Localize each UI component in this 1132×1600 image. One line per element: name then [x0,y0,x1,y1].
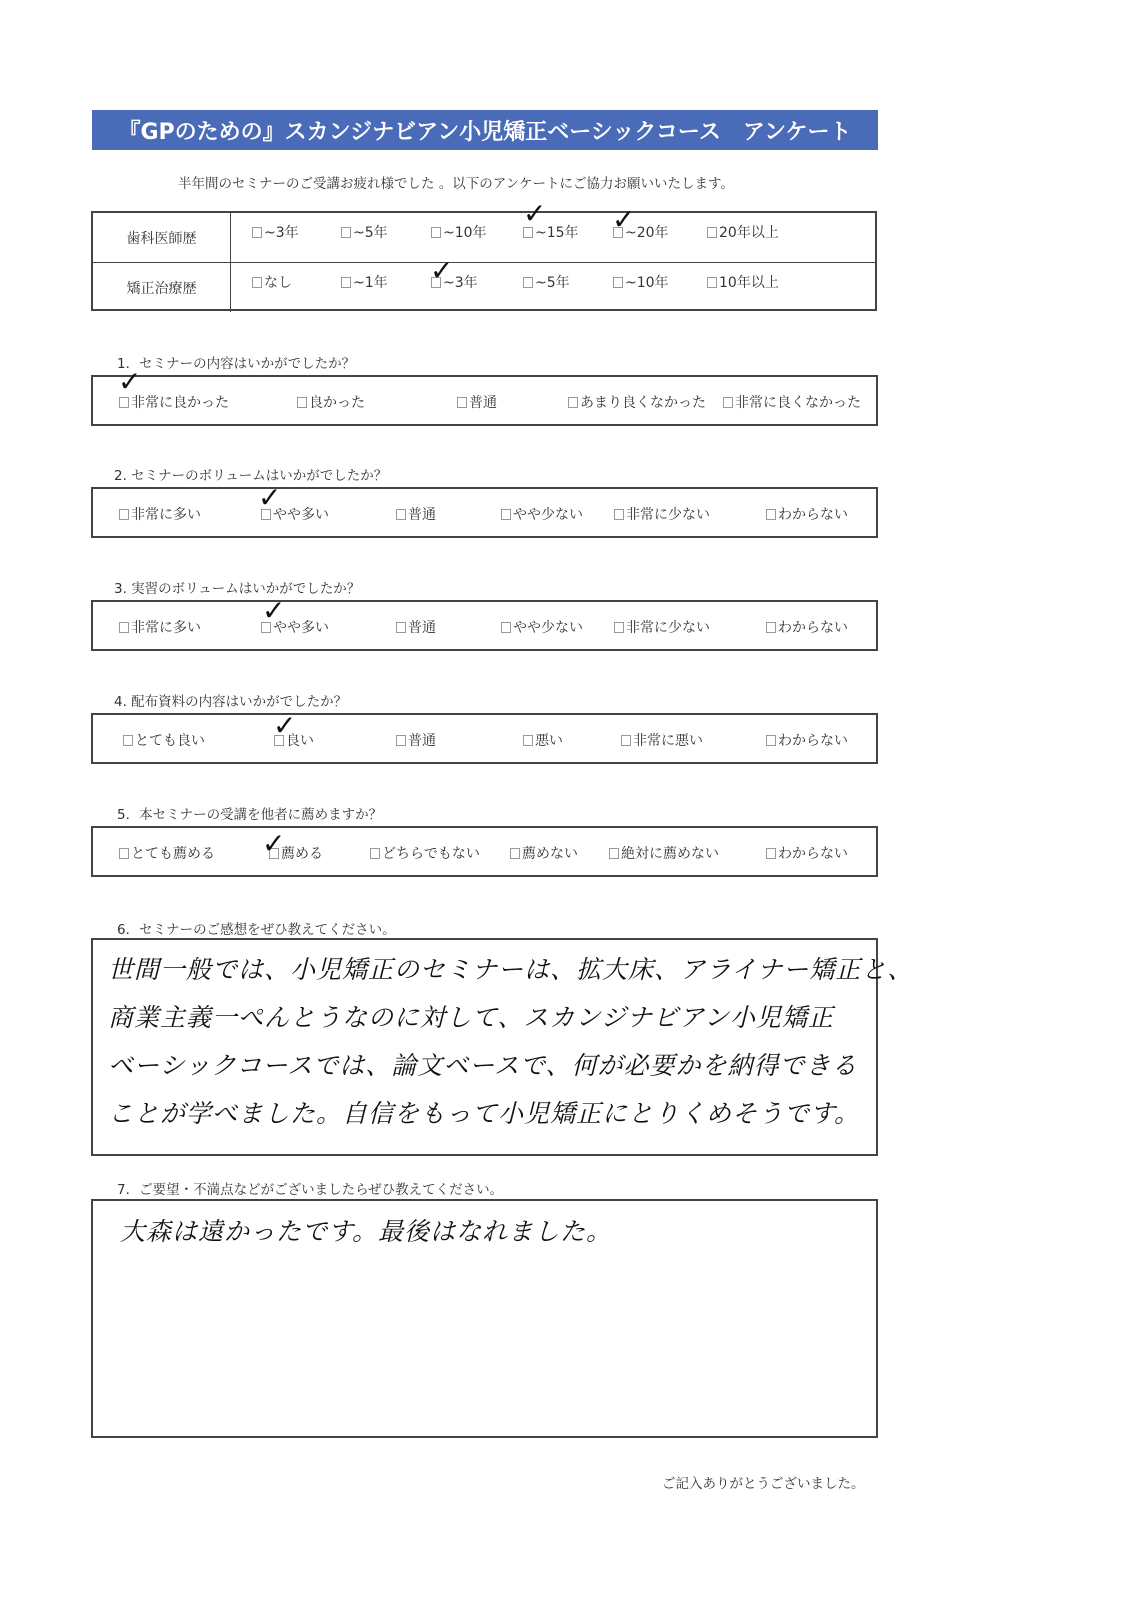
dentist-option-0[interactable]: ~3年 [252,222,299,242]
question-2-box [91,487,878,538]
checkbox[interactable] [119,509,129,520]
checkbox[interactable] [341,277,351,288]
checkbox[interactable] [613,277,623,288]
question-4-box [91,713,878,764]
q5-option-4[interactable]: 絶対に薦めない [609,843,719,863]
q5-option-5[interactable]: わからない [766,843,848,863]
checkbox[interactable] [297,397,307,408]
dentist-option-2[interactable]: ~10年 [431,222,487,242]
q4-option-0[interactable]: とても良い [123,730,205,750]
survey-title: 『GPのための』スカンジナビアン小児矯正ベーシックコース アンケート [118,115,851,146]
q3-option-0[interactable]: 非常に多い [119,617,201,637]
ortho-option-3[interactable]: ~5年 [523,272,570,292]
checkbox[interactable] [766,509,776,520]
checkbox[interactable] [252,277,262,288]
dentist-option-5[interactable]: 20年以上 [707,222,779,242]
ortho-option-1[interactable]: ~1年 [341,272,388,292]
checkbox[interactable] [510,848,520,859]
checkbox[interactable] [614,509,624,520]
q2-option-1[interactable]: やや多い [261,504,329,524]
q5-option-1[interactable]: 薦める [269,843,323,863]
checkbox[interactable] [707,277,717,288]
checkbox[interactable] [707,227,717,238]
checkbox[interactable] [341,227,351,238]
q1-option-4[interactable]: 非常に良くなかった [723,392,861,412]
question-4-title: 4. 配布資料の内容はいかがでしたか？ [114,690,347,710]
checkbox[interactable] [252,227,262,238]
question-5-title: 5．本セミナーの受講を他者に薦めますか？ [117,803,382,823]
q4-option-3[interactable]: 悪い [523,730,563,750]
dentist-option-3[interactable]: ~15年 [523,222,579,242]
checkbox[interactable] [766,735,776,746]
checkbox[interactable] [119,622,129,633]
q3-option-2[interactable]: 普通 [396,617,436,637]
checkbox[interactable] [261,622,271,633]
question-6-title: 6．セミナーのご感想をぜひ教えてください。 [117,918,396,938]
checkbox[interactable] [457,397,467,408]
checkbox[interactable] [431,277,441,288]
q2-option-2[interactable]: 普通 [396,504,436,524]
q7-answer-line-1: 大森は遠かったです。最後はなれました。 [120,1212,612,1248]
checkbox[interactable] [396,509,406,520]
dentist-option-4[interactable]: ~20年 [613,222,669,242]
q5-option-2[interactable]: どちらでもない [370,843,480,863]
q6-answer-line-1: 世間一般では、小児矯正のセミナーは、拡大床、アライナー矯正と、 [108,950,913,986]
question-7-title: 7．ご要望・不満点などがございましたらぜひ教えてください。 [117,1178,503,1198]
q5-option-3[interactable]: 薦めない [510,843,578,863]
question-3-title: 3. 実習のボリュームはいかがでしたか？ [114,577,360,597]
checkbox[interactable] [501,509,511,520]
thank-you-footer: ご記入ありがとうございました。 [662,1472,865,1492]
checkbox[interactable] [614,622,624,633]
checkbox[interactable] [723,397,733,408]
dentist-experience-label: 歯科医師歴 [93,213,231,262]
checkbox[interactable] [523,277,533,288]
q1-option-3[interactable]: あまり良くなかった [568,392,706,412]
q1-option-1[interactable]: 良かった [297,392,365,412]
ortho-option-4[interactable]: ~10年 [613,272,669,292]
question-2-title: 2. セミナーのボリュームはいかがでしたか？ [114,464,387,484]
checkbox[interactable] [119,848,129,859]
question-1-title: 1．セミナーの内容はいかがでしたか？ [117,352,355,372]
q2-option-4[interactable]: 非常に少ない [614,504,710,524]
checkbox[interactable] [274,735,284,746]
q6-answer-line-4: ことが学べました。自信をもって小児矯正にとりくめそうです。 [108,1094,860,1130]
intro-text: 半年間のセミナーのご受講お疲れ様でした 。以下のアンケートにご協力お願いいたしま… [178,172,734,192]
q1-option-0[interactable]: 非常に良かった [119,392,229,412]
checkbox[interactable] [523,227,533,238]
q3-option-3[interactable]: やや少ない [501,617,583,637]
checkbox[interactable] [501,622,511,633]
ortho-option-0[interactable]: なし [252,272,292,292]
q4-option-1[interactable]: 良い [274,730,314,750]
checkbox[interactable] [621,735,631,746]
checkbox[interactable] [261,509,271,520]
ortho-option-5[interactable]: 10年以上 [707,272,779,292]
checkbox[interactable] [396,735,406,746]
q4-option-4[interactable]: 非常に悪い [621,730,703,750]
q1-option-2[interactable]: 普通 [457,392,497,412]
q4-option-5[interactable]: わからない [766,730,848,750]
checkbox[interactable] [613,227,623,238]
q5-option-0[interactable]: とても薦める [119,843,215,863]
checkbox[interactable] [766,848,776,859]
checkbox[interactable] [568,397,578,408]
checkbox[interactable] [119,397,129,408]
dentist-option-1[interactable]: ~5年 [341,222,388,242]
q2-option-5[interactable]: わからない [766,504,848,524]
checkbox[interactable] [370,848,380,859]
q2-option-3[interactable]: やや少ない [501,504,583,524]
checkbox[interactable] [123,735,133,746]
checkbox[interactable] [269,848,279,859]
checkbox[interactable] [766,622,776,633]
q6-answer-line-2: 商業主義一ぺんとうなのに対して、スカンジナビアン小児矯正 [108,998,834,1034]
ortho-option-2[interactable]: ~3年 [431,272,478,292]
q4-option-2[interactable]: 普通 [396,730,436,750]
q6-answer-line-3: ベーシックコースでは、論文ベースで、何が必要かを納得できる [108,1046,858,1082]
checkbox[interactable] [609,848,619,859]
ortho-experience-label: 矯正治療歴 [93,263,231,312]
q2-option-0[interactable]: 非常に多い [119,504,201,524]
checkbox[interactable] [523,735,533,746]
checkbox[interactable] [396,622,406,633]
checkbox[interactable] [431,227,441,238]
question-3-box [91,600,878,651]
q3-option-5[interactable]: わからない [766,617,848,637]
survey-title-banner: 『GPのための』スカンジナビアン小児矯正ベーシックコース アンケート [92,110,878,150]
q3-option-1[interactable]: やや多い [261,617,329,637]
q3-option-4[interactable]: 非常に少ない [614,617,710,637]
